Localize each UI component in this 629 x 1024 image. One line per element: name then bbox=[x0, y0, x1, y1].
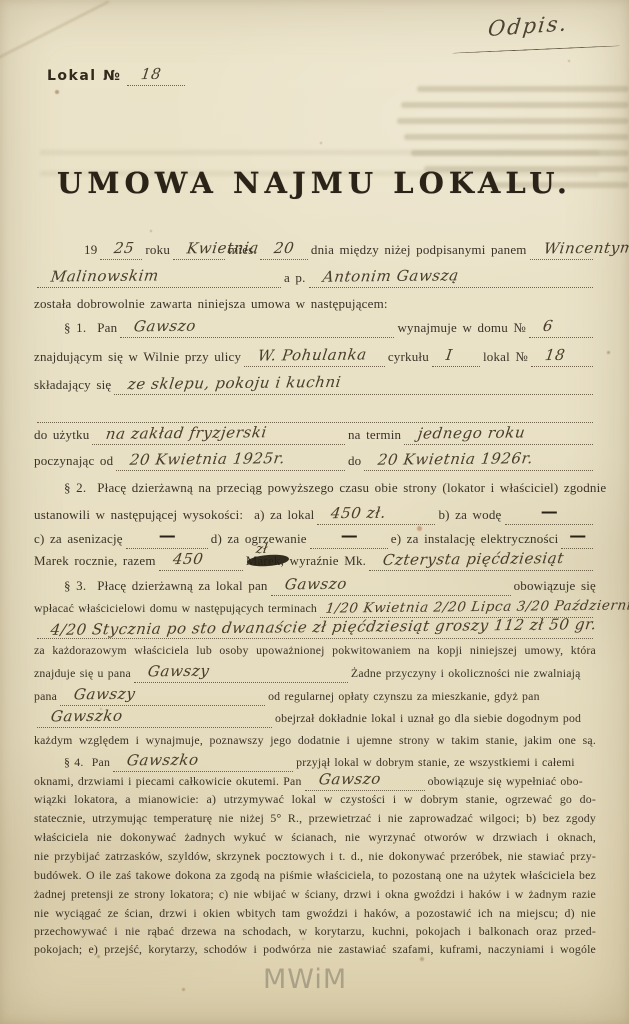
handwritten-dash: — bbox=[341, 526, 357, 546]
printed-text: poczynając od bbox=[34, 453, 113, 469]
document-line: budówek. O ile zaś takowe dokona za zgod… bbox=[34, 866, 596, 886]
stain-spot bbox=[417, 526, 422, 531]
printed-text: od regularnej opłaty czynszu za mieszkan… bbox=[268, 689, 540, 704]
handwriting: Wincentym bbox=[542, 239, 629, 258]
printed-text: § 4. Pan bbox=[64, 755, 110, 770]
document-line: statecznie, utrzymując temperaturę nie n… bbox=[34, 809, 596, 829]
handwriting: 20 Kwietnia 1926r. bbox=[377, 449, 535, 469]
printed-text: wpłacać właścicielowi domu w następujący… bbox=[34, 601, 317, 616]
handwritten-entry: Antonim Gawszą bbox=[309, 268, 593, 288]
document-line bbox=[34, 404, 596, 424]
printed-text: a p. bbox=[284, 270, 306, 286]
stain-spot bbox=[420, 957, 424, 961]
handwritten-entry: Gawszo bbox=[120, 318, 394, 338]
document-line: poczynając od20 Kwietnia 1925r.do20 Kwie… bbox=[34, 451, 596, 471]
stain-spot bbox=[302, 938, 304, 940]
handwritten-entry: jednego roku bbox=[404, 425, 593, 445]
handwritten-correction: zł bbox=[255, 542, 269, 557]
handwritten-entry: — bbox=[310, 528, 388, 549]
stain-spot bbox=[182, 988, 185, 991]
printed-text: cyrkułu bbox=[388, 349, 429, 365]
handwriting: 450 bbox=[171, 550, 204, 568]
handwritten-entry: Gawszo bbox=[305, 771, 425, 791]
stain-spot bbox=[150, 230, 152, 232]
printed-text: ustanowili w następującej wysokości: a) … bbox=[34, 507, 314, 523]
handwriting: Malinowskim bbox=[50, 266, 160, 285]
printed-text: roku bbox=[145, 242, 170, 258]
stain-spot bbox=[607, 351, 610, 354]
document-line: za każdorazowym właściciela lub osoby up… bbox=[34, 641, 596, 661]
document-line: znajduje się u panaGawszyŻadne przyczyny… bbox=[34, 663, 596, 683]
handwritten-entry: 20 Kwietnia 1926r. bbox=[364, 451, 593, 471]
document-line: Marek rocznie, razem450Marek,zł wyraźnie… bbox=[34, 551, 596, 571]
printed-text: pokojach; e) przejść, korytarzy, schodów… bbox=[34, 942, 596, 956]
document-line: składający sięze sklepu, pokoju i kuchni bbox=[34, 375, 596, 395]
handwriting: 6 bbox=[542, 317, 555, 335]
handwritten-entry: 6 bbox=[529, 318, 593, 338]
handwriting: Antonim Gawszą bbox=[321, 266, 459, 285]
handwritten-entry: Gawszy bbox=[60, 686, 265, 706]
scanned-document-page: Odpis. Lokal № 18 UMOWA NAJMU LOKALU. 19… bbox=[0, 0, 629, 1024]
document-line: § 3. Płacę dzierżawną za lokal panGawszo… bbox=[34, 576, 596, 596]
handwritten-entry: 20 bbox=[260, 240, 308, 260]
handwritten-entry: Gawszy bbox=[134, 663, 348, 683]
ink-blot bbox=[246, 554, 289, 568]
document-line: żadnej pretensji ze strony lokatora; c) … bbox=[34, 885, 596, 905]
printed-text: znajduje się u pana bbox=[34, 666, 131, 681]
handwritten-entry: 20 Kwietnia 1925r. bbox=[116, 451, 345, 471]
printed-text: statecznie, utrzymując temperaturę nie n… bbox=[34, 811, 596, 825]
printed-text: Żadne przyczyny i okoliczności nie zwaln… bbox=[351, 666, 581, 681]
handwritten-entry: — bbox=[126, 528, 208, 549]
printed-text: właściciela nie dokonywać żadnych wykuć … bbox=[34, 830, 596, 844]
printed-text: § 2. Płacę dzierżawną na przeciąg powyżs… bbox=[64, 480, 606, 495]
stain-spot bbox=[100, 708, 102, 710]
document-line: panaGawszyod regularnej opłaty czynszu z… bbox=[34, 686, 596, 706]
document-line: przechowywać i nie rąbać drzewa na schod… bbox=[34, 922, 596, 942]
printed-text: została dobrowolnie zawarta niniejsza um… bbox=[34, 296, 388, 311]
handwritten-dash: — bbox=[159, 526, 175, 546]
handwritten-entry: 450 zł. bbox=[317, 505, 435, 525]
document-line: znajdującym się w Wilnie przy ulicyW. Po… bbox=[34, 347, 596, 367]
stain-spot bbox=[55, 90, 59, 94]
handwriting: jednego roku bbox=[417, 423, 527, 442]
handwriting: ze sklepu, pokoju i kuchni bbox=[127, 373, 343, 393]
document-line: § 4. PanGawszkoprzyjął lokal w dobrym st… bbox=[34, 752, 596, 772]
archive-watermark: MWiM bbox=[263, 964, 347, 995]
handwriting: Gawszko bbox=[126, 751, 200, 770]
printed-text: Marek rocznie, razem bbox=[34, 553, 156, 569]
handwritten-entry: Malinowskim bbox=[37, 268, 281, 288]
handwriting: 18 bbox=[544, 346, 567, 364]
printed-text: do bbox=[348, 453, 361, 469]
printed-text: § 1. Pan bbox=[64, 320, 117, 336]
document-line: Gawszkoobejrzał dokładnie lokal i uznał … bbox=[34, 708, 596, 728]
handwritten-entry: — bbox=[505, 504, 593, 525]
handwriting: Gawszo bbox=[283, 575, 347, 594]
document-line: 4/20 Stycznia po sto dwanaście zł pięćdz… bbox=[34, 619, 596, 639]
document-line: nie wyciągać ze ścian, drzwi i okien wbi… bbox=[34, 904, 596, 924]
handwriting: Kwietnia bbox=[186, 239, 260, 258]
handwritten-entry: Gawszo bbox=[271, 576, 511, 596]
document-line: każdym względem i wynajmuje, poznawszy j… bbox=[34, 731, 596, 751]
printed-text: Marek,zł bbox=[246, 553, 284, 569]
printed-text: wiązki lokatora, a mianowicie: a) utrzym… bbox=[34, 792, 596, 806]
document-line: nie przybijać zatrzasków, szyldów, skrzy… bbox=[34, 847, 596, 867]
handwritten-entry: Wincentym bbox=[530, 240, 593, 260]
blank-line bbox=[37, 404, 593, 423]
handwriting: 20 Kwietnia 1925r. bbox=[129, 449, 287, 469]
handwriting: 1/20 Kwietnia 2/20 Lipca 3/20 Październi… bbox=[325, 597, 629, 616]
handwriting: 450 zł. bbox=[330, 504, 388, 523]
printed-text: za każdorazowym właściciela lub osoby up… bbox=[34, 643, 596, 657]
document-line: pokojach; e) przejść, korytarzy, schodów… bbox=[34, 940, 596, 960]
handwriting: 4/20 Stycznia po sto dwanaście zł pięćdz… bbox=[49, 615, 597, 639]
handwritten-entry: Czterysta pięćdziesiąt bbox=[369, 551, 593, 571]
printed-text: budówek. O ile zaś takowe dokona za zgod… bbox=[34, 868, 596, 882]
printed-text: e) za instalację elektryczności bbox=[391, 531, 559, 547]
handwritten-entry: 4/20 Stycznia po sto dwanaście zł pięćdz… bbox=[37, 619, 593, 639]
document-line: 1925rokuKwietniamies.20dnia między niżej… bbox=[34, 240, 596, 260]
handwritten-entry: na zakład fryzjerski bbox=[92, 425, 345, 445]
printed-text: pana bbox=[34, 689, 57, 704]
handwriting: 25 bbox=[113, 239, 136, 257]
handwriting: Czterysta pięćdziesiąt bbox=[382, 549, 565, 569]
handwritten-dash: — bbox=[569, 526, 585, 546]
printed-text: przechowywać i nie rąbać drzewa na schod… bbox=[34, 924, 596, 938]
handwriting: Gawszko bbox=[50, 707, 124, 726]
handwriting: 20 bbox=[273, 239, 296, 257]
handwritten-dash: — bbox=[541, 502, 557, 522]
printed-text: wynajmuje w domu № bbox=[397, 320, 526, 336]
handwritten-entry: Kwietnia bbox=[173, 240, 225, 260]
printed-text: nie przybijać zatrzasków, szyldów, skrzy… bbox=[34, 849, 596, 863]
document-line: wiązki lokatora, a mianowicie: a) utrzym… bbox=[34, 790, 596, 810]
printed-text: na termin bbox=[348, 427, 401, 443]
printed-text: każdym względem i wynajmuje, poznawszy j… bbox=[34, 733, 596, 747]
handwritten-entry: 18 bbox=[531, 347, 593, 367]
printed-text: do użytku bbox=[34, 427, 89, 443]
printed-text: lokal № bbox=[483, 349, 528, 365]
stain-spot bbox=[97, 955, 100, 958]
handwriting: I bbox=[445, 346, 454, 364]
printed-text: nie wyciągać ze ścian, drzwi i okien wbi… bbox=[34, 906, 596, 920]
handwriting: Gawszy bbox=[73, 685, 137, 704]
printed-text: c) za asenizację bbox=[34, 531, 123, 547]
printed-text: oknami, drzwiami i piecami całkowicie ok… bbox=[34, 774, 302, 789]
handwritten-entry: 25 bbox=[100, 240, 142, 260]
handwriting: Gawszo bbox=[317, 770, 381, 789]
handwritten-entry: Gawszko bbox=[37, 708, 272, 728]
document-line: do użytkuna zakład fryzjerskina terminje… bbox=[34, 425, 596, 445]
printed-text: obejrzał dokładnie lokal i uznał go dla … bbox=[275, 711, 581, 726]
printed-text: żadnej pretensji ze strony lokatora; c) … bbox=[34, 887, 596, 901]
stain-spot bbox=[320, 142, 322, 144]
document-line: Malinowskima p.Antonim Gawszą bbox=[34, 268, 596, 288]
document-line: c) za asenizację—d) za ogrzewanie—e) za … bbox=[34, 528, 596, 548]
handwriting: na zakład fryzjerski bbox=[105, 423, 268, 443]
printed-text: b) za wodę bbox=[438, 507, 501, 523]
printed-text: znajdującym się w Wilnie przy ulicy bbox=[34, 349, 241, 365]
printed-text: składający się bbox=[34, 377, 111, 393]
handwritten-entry: Gawszko bbox=[113, 752, 293, 772]
printed-text: obowiązuje się wypełniać obo- bbox=[428, 774, 583, 789]
handwritten-entry: 450 bbox=[159, 551, 243, 571]
handwritten-entry: — bbox=[561, 528, 593, 549]
document-line: została dobrowolnie zawarta niniejsza um… bbox=[34, 295, 596, 315]
document-line: § 1. PanGawszowynajmuje w domu №6 bbox=[34, 318, 596, 338]
stain-spot bbox=[568, 60, 570, 62]
handwriting: W. Pohulanka bbox=[257, 345, 368, 364]
document-line: ustanowili w następującej wysokości: a) … bbox=[34, 504, 596, 524]
handwritten-entry: I bbox=[432, 347, 480, 367]
printed-text: 19 bbox=[84, 242, 97, 258]
document-line: § 2. Płacę dzierżawną na przeciąg powyżs… bbox=[34, 479, 596, 499]
printed-text: dnia między niżej podpisanymi panem bbox=[311, 242, 527, 258]
document-line: właściciela nie dokonywać żadnych wykuć … bbox=[34, 828, 596, 848]
printed-text: obowiązuje się bbox=[514, 578, 596, 594]
document-line: oknami, drzwiami i piecami całkowicie ok… bbox=[34, 771, 596, 791]
handwriting: Gawszy bbox=[147, 662, 211, 681]
handwritten-entry: ze sklepu, pokoju i kuchni bbox=[114, 375, 593, 395]
document-body: 1925rokuKwietniamies.20dnia między niżej… bbox=[0, 0, 629, 1024]
printed-text: przyjął lokal w dobrym stanie, ze wszyst… bbox=[296, 755, 575, 770]
printed-text: § 3. Płacę dzierżawną za lokal pan bbox=[64, 578, 268, 594]
printed-text: wyraźnie Mk. bbox=[284, 553, 366, 569]
handwritten-entry: W. Pohulanka bbox=[244, 347, 385, 367]
handwriting: Gawszo bbox=[133, 317, 197, 336]
